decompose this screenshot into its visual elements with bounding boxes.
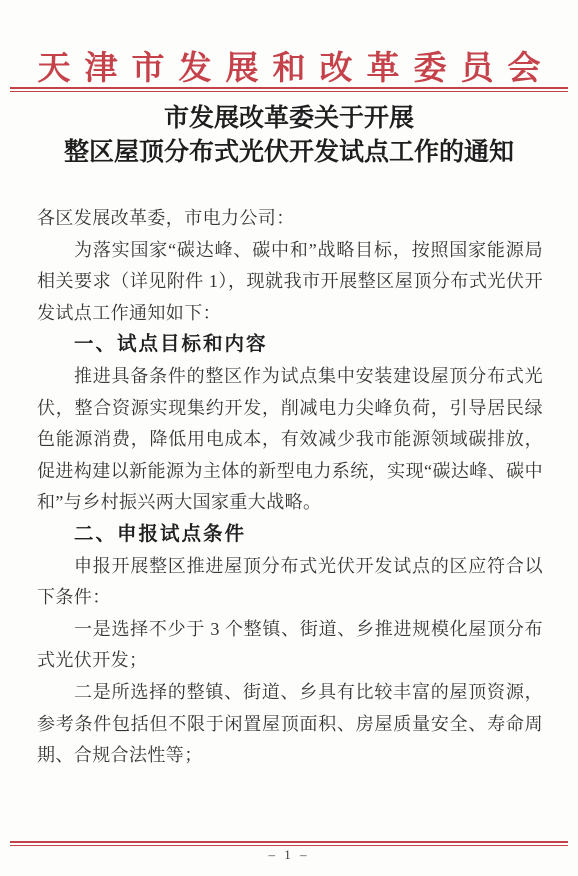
letterhead: 天津市发展和改革委员会 bbox=[0, 42, 578, 89]
paragraph-intro: 为落实国家“碳达峰、碳中和”战略目标，按照国家能源局相关要求（详见附件 1），现… bbox=[37, 235, 543, 330]
salutation: 各区发展改革委，市电力公司： bbox=[37, 203, 543, 235]
paragraph-condition-1: 一是选择不少于 3 个整镇、街道、乡推进规模化屋顶分布式光伏开发； bbox=[37, 614, 543, 677]
document-body: 各区发展改革委，市电力公司： 为落实国家“碳达峰、碳中和”战略目标，按照国家能源… bbox=[37, 203, 543, 772]
footer-divider bbox=[10, 841, 568, 846]
title-line-1: 市发展改革委关于开展 bbox=[164, 105, 414, 132]
title-line-2: 整区屋顶分布式光伏开发试点工作的通知 bbox=[64, 139, 514, 166]
page-number: – 1 – bbox=[0, 847, 578, 863]
paragraph-goals: 推进具备条件的整区作为试点集中安装建设屋顶分布式光伏，整合资源实现集约开发，削减… bbox=[37, 361, 543, 519]
paragraph-condition-2: 二是所选择的整镇、街道、乡具有比较丰富的屋顶资源，参考条件包括但不限于闲置屋顶面… bbox=[37, 677, 543, 772]
document-title: 市发展改革委关于开展 整区屋顶分布式光伏开发试点工作的通知 bbox=[0, 102, 578, 170]
letterhead-divider bbox=[10, 87, 568, 92]
document-page: 天津市发展和改革委员会 市发展改革委关于开展 整区屋顶分布式光伏开发试点工作的通… bbox=[0, 0, 578, 876]
paragraph-conditions-intro: 申报开展整区推进屋顶分布式光伏开发试点的区应符合以下条件： bbox=[37, 551, 543, 614]
section-heading-2: 二、申报试点条件 bbox=[37, 519, 543, 551]
section-heading-1: 一、试点目标和内容 bbox=[37, 329, 543, 361]
